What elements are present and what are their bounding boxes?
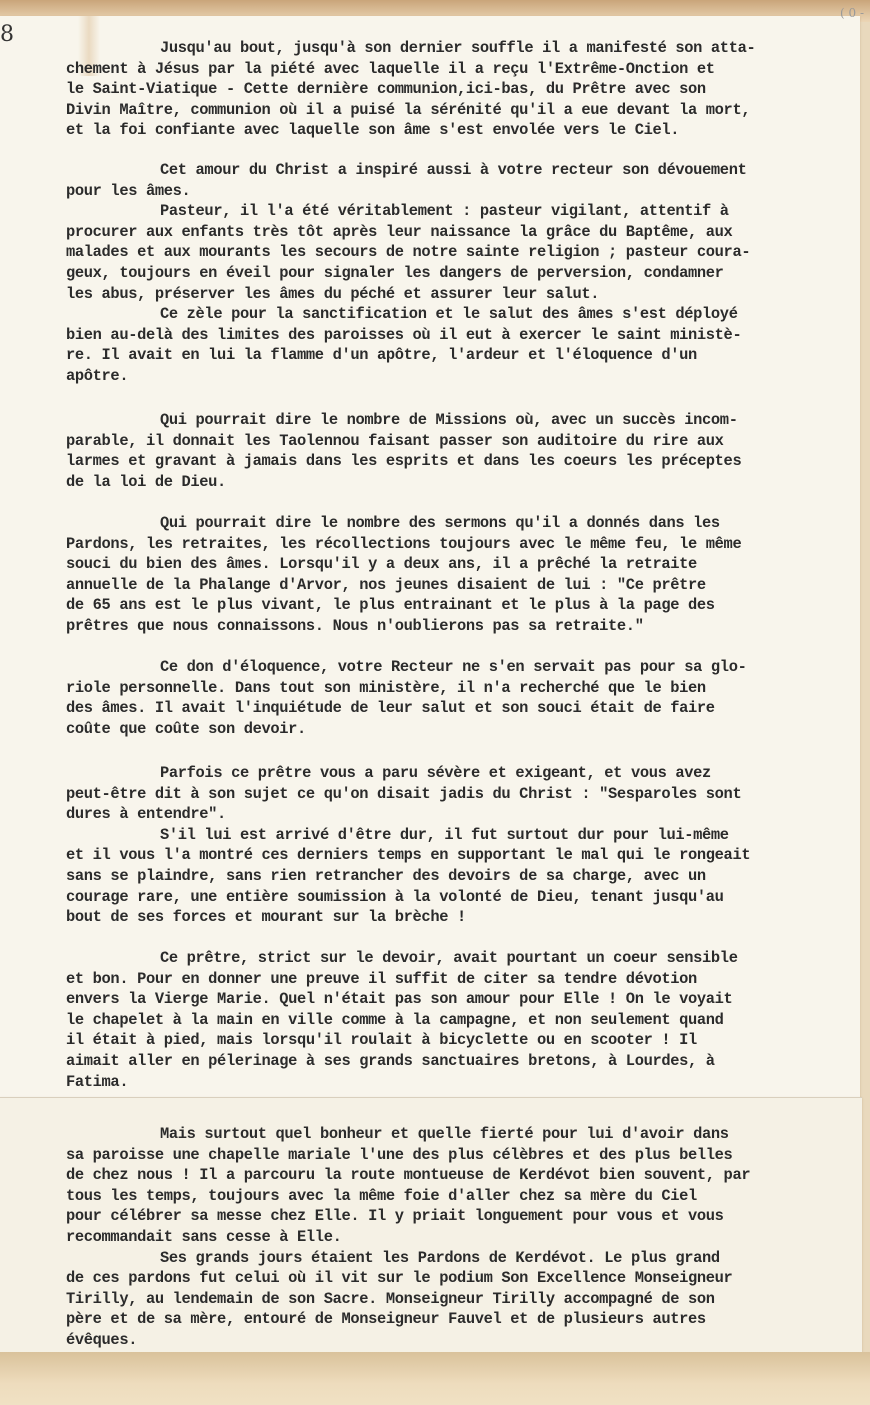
- paragraph: Ce prêtre, strict sur le devoir, avait p…: [66, 948, 826, 1092]
- text-line: de ces pardons fut celui où il vit sur l…: [66, 1268, 826, 1289]
- text-line: envers la Vierge Marie. Quel n'était pas…: [66, 989, 826, 1010]
- text-line: re. Il avait en lui la flamme d'un apôtr…: [66, 345, 826, 366]
- text-line: Pasteur, il l'a été véritablement : past…: [66, 201, 826, 222]
- paragraph: Parfois ce prêtre vous a paru sévère et …: [66, 763, 826, 928]
- text-line: le Saint-Viatique - Cette dernière commu…: [66, 79, 826, 100]
- text-line: il était à pied, mais lorsqu'il roulait …: [66, 1030, 826, 1051]
- text-line: chement à Jésus par la piété avec laquel…: [66, 59, 826, 80]
- text-line: sa paroisse une chapelle mariale l'une d…: [66, 1145, 826, 1166]
- text-line: Divin Maître, communion où il a puisé la…: [66, 100, 826, 121]
- text-line: parable, il donnait les Taolennou faisan…: [66, 431, 826, 452]
- text-line: souci du bien des âmes. Lorsqu'il y a de…: [66, 554, 826, 575]
- text-line: S'il lui est arrivé d'être dur, il fut s…: [66, 825, 826, 846]
- text-line: pour célébrer sa messe chez Elle. Il y p…: [66, 1206, 826, 1227]
- text-line: Mais surtout quel bonheur et quelle fier…: [66, 1124, 826, 1145]
- text-line: Fatima.: [66, 1072, 826, 1093]
- text-line: recommandait sans cesse à Elle.: [66, 1227, 826, 1248]
- paragraph: Jusqu'au bout, jusqu'à son dernier souff…: [66, 38, 826, 141]
- text-line: bien au-delà des limites des paroisses o…: [66, 325, 826, 346]
- text-line: et il vous l'a montré ces derniers temps…: [66, 845, 826, 866]
- text-line: Ce prêtre, strict sur le devoir, avait p…: [66, 948, 826, 969]
- text-line: coûte que coûte son devoir.: [66, 719, 826, 740]
- text-line: père et de sa mère, entouré de Monseigne…: [66, 1309, 826, 1330]
- text-line: Ce zèle pour la sanctification et le sal…: [66, 304, 826, 325]
- paragraph: Cet amour du Christ a inspiré aussi à vo…: [66, 160, 826, 387]
- text-line: sans se plaindre, sans rien retrancher d…: [66, 866, 826, 887]
- text-line: Ses grands jours étaient les Pardons de …: [66, 1248, 826, 1269]
- text-line: pour les âmes.: [66, 181, 826, 202]
- text-line: de la loi de Dieu.: [66, 472, 826, 493]
- text-line: Parfois ce prêtre vous a paru sévère et …: [66, 763, 826, 784]
- text-line: les abus, préserver les âmes du péché et…: [66, 284, 826, 305]
- paragraph: Mais surtout quel bonheur et quelle fier…: [66, 1124, 826, 1351]
- text-line: et la foi confiante avec laquelle son âm…: [66, 120, 826, 141]
- corner-page-mark: ( 0 -: [840, 6, 864, 20]
- background-bottom-edge: [0, 1352, 870, 1405]
- text-line: dures à entendre".: [66, 804, 826, 825]
- text-line: aimait aller en pélerinage à ses grands …: [66, 1051, 826, 1072]
- text-line: Jusqu'au bout, jusqu'à son dernier souff…: [66, 38, 826, 59]
- text-line: de 65 ans est le plus vivant, le plus en…: [66, 595, 826, 616]
- text-line: le chapelet à la main en ville comme à l…: [66, 1010, 826, 1031]
- text-line: des âmes. Il avait l'inquiétude de leur …: [66, 698, 826, 719]
- text-line: Ce don d'éloquence, votre Recteur ne s'e…: [66, 657, 826, 678]
- text-line: Cet amour du Christ a inspiré aussi à vo…: [66, 160, 826, 181]
- text-line: geux, toujours en éveil pour signaler le…: [66, 263, 826, 284]
- text-line: évêques.: [66, 1330, 826, 1351]
- text-line: et bon. Pour en donner une preuve il suf…: [66, 969, 826, 990]
- text-line: Pardons, les retraites, les récollection…: [66, 534, 826, 555]
- text-line: prêtres que nous connaissons. Nous n'oub…: [66, 616, 826, 637]
- text-line: malades et aux mourants les secours de n…: [66, 242, 826, 263]
- text-line: larmes et gravant à jamais dans les espr…: [66, 451, 826, 472]
- margin-handwritten-mark: 8: [0, 22, 14, 47]
- text-line: bout de ses forces et mourant sur la brè…: [66, 907, 826, 928]
- text-line: peut-être dit à son sujet ce qu'on disai…: [66, 784, 826, 805]
- text-line: de chez nous ! Il a parcouru la route mo…: [66, 1165, 826, 1186]
- text-line: courage rare, une entière soumission à l…: [66, 887, 826, 908]
- paragraph: Qui pourrait dire le nombre de Missions …: [66, 410, 826, 492]
- text-line: procurer aux enfants très tôt après leur…: [66, 222, 826, 243]
- text-line: apôtre.: [66, 366, 826, 387]
- text-line: Qui pourrait dire le nombre de Missions …: [66, 410, 826, 431]
- text-line: tous les temps, toujours avec la même fo…: [66, 1186, 826, 1207]
- paragraph: Ce don d'éloquence, votre Recteur ne s'e…: [66, 657, 826, 739]
- text-line: riole personnelle. Dans tout son ministè…: [66, 678, 826, 699]
- text-line: annuelle de la Phalange d'Arvor, nos jeu…: [66, 575, 826, 596]
- paragraph: Qui pourrait dire le nombre des sermons …: [66, 513, 826, 637]
- text-line: Tirilly, au lendemain de son Sacre. Mons…: [66, 1289, 826, 1310]
- text-line: Qui pourrait dire le nombre des sermons …: [66, 513, 826, 534]
